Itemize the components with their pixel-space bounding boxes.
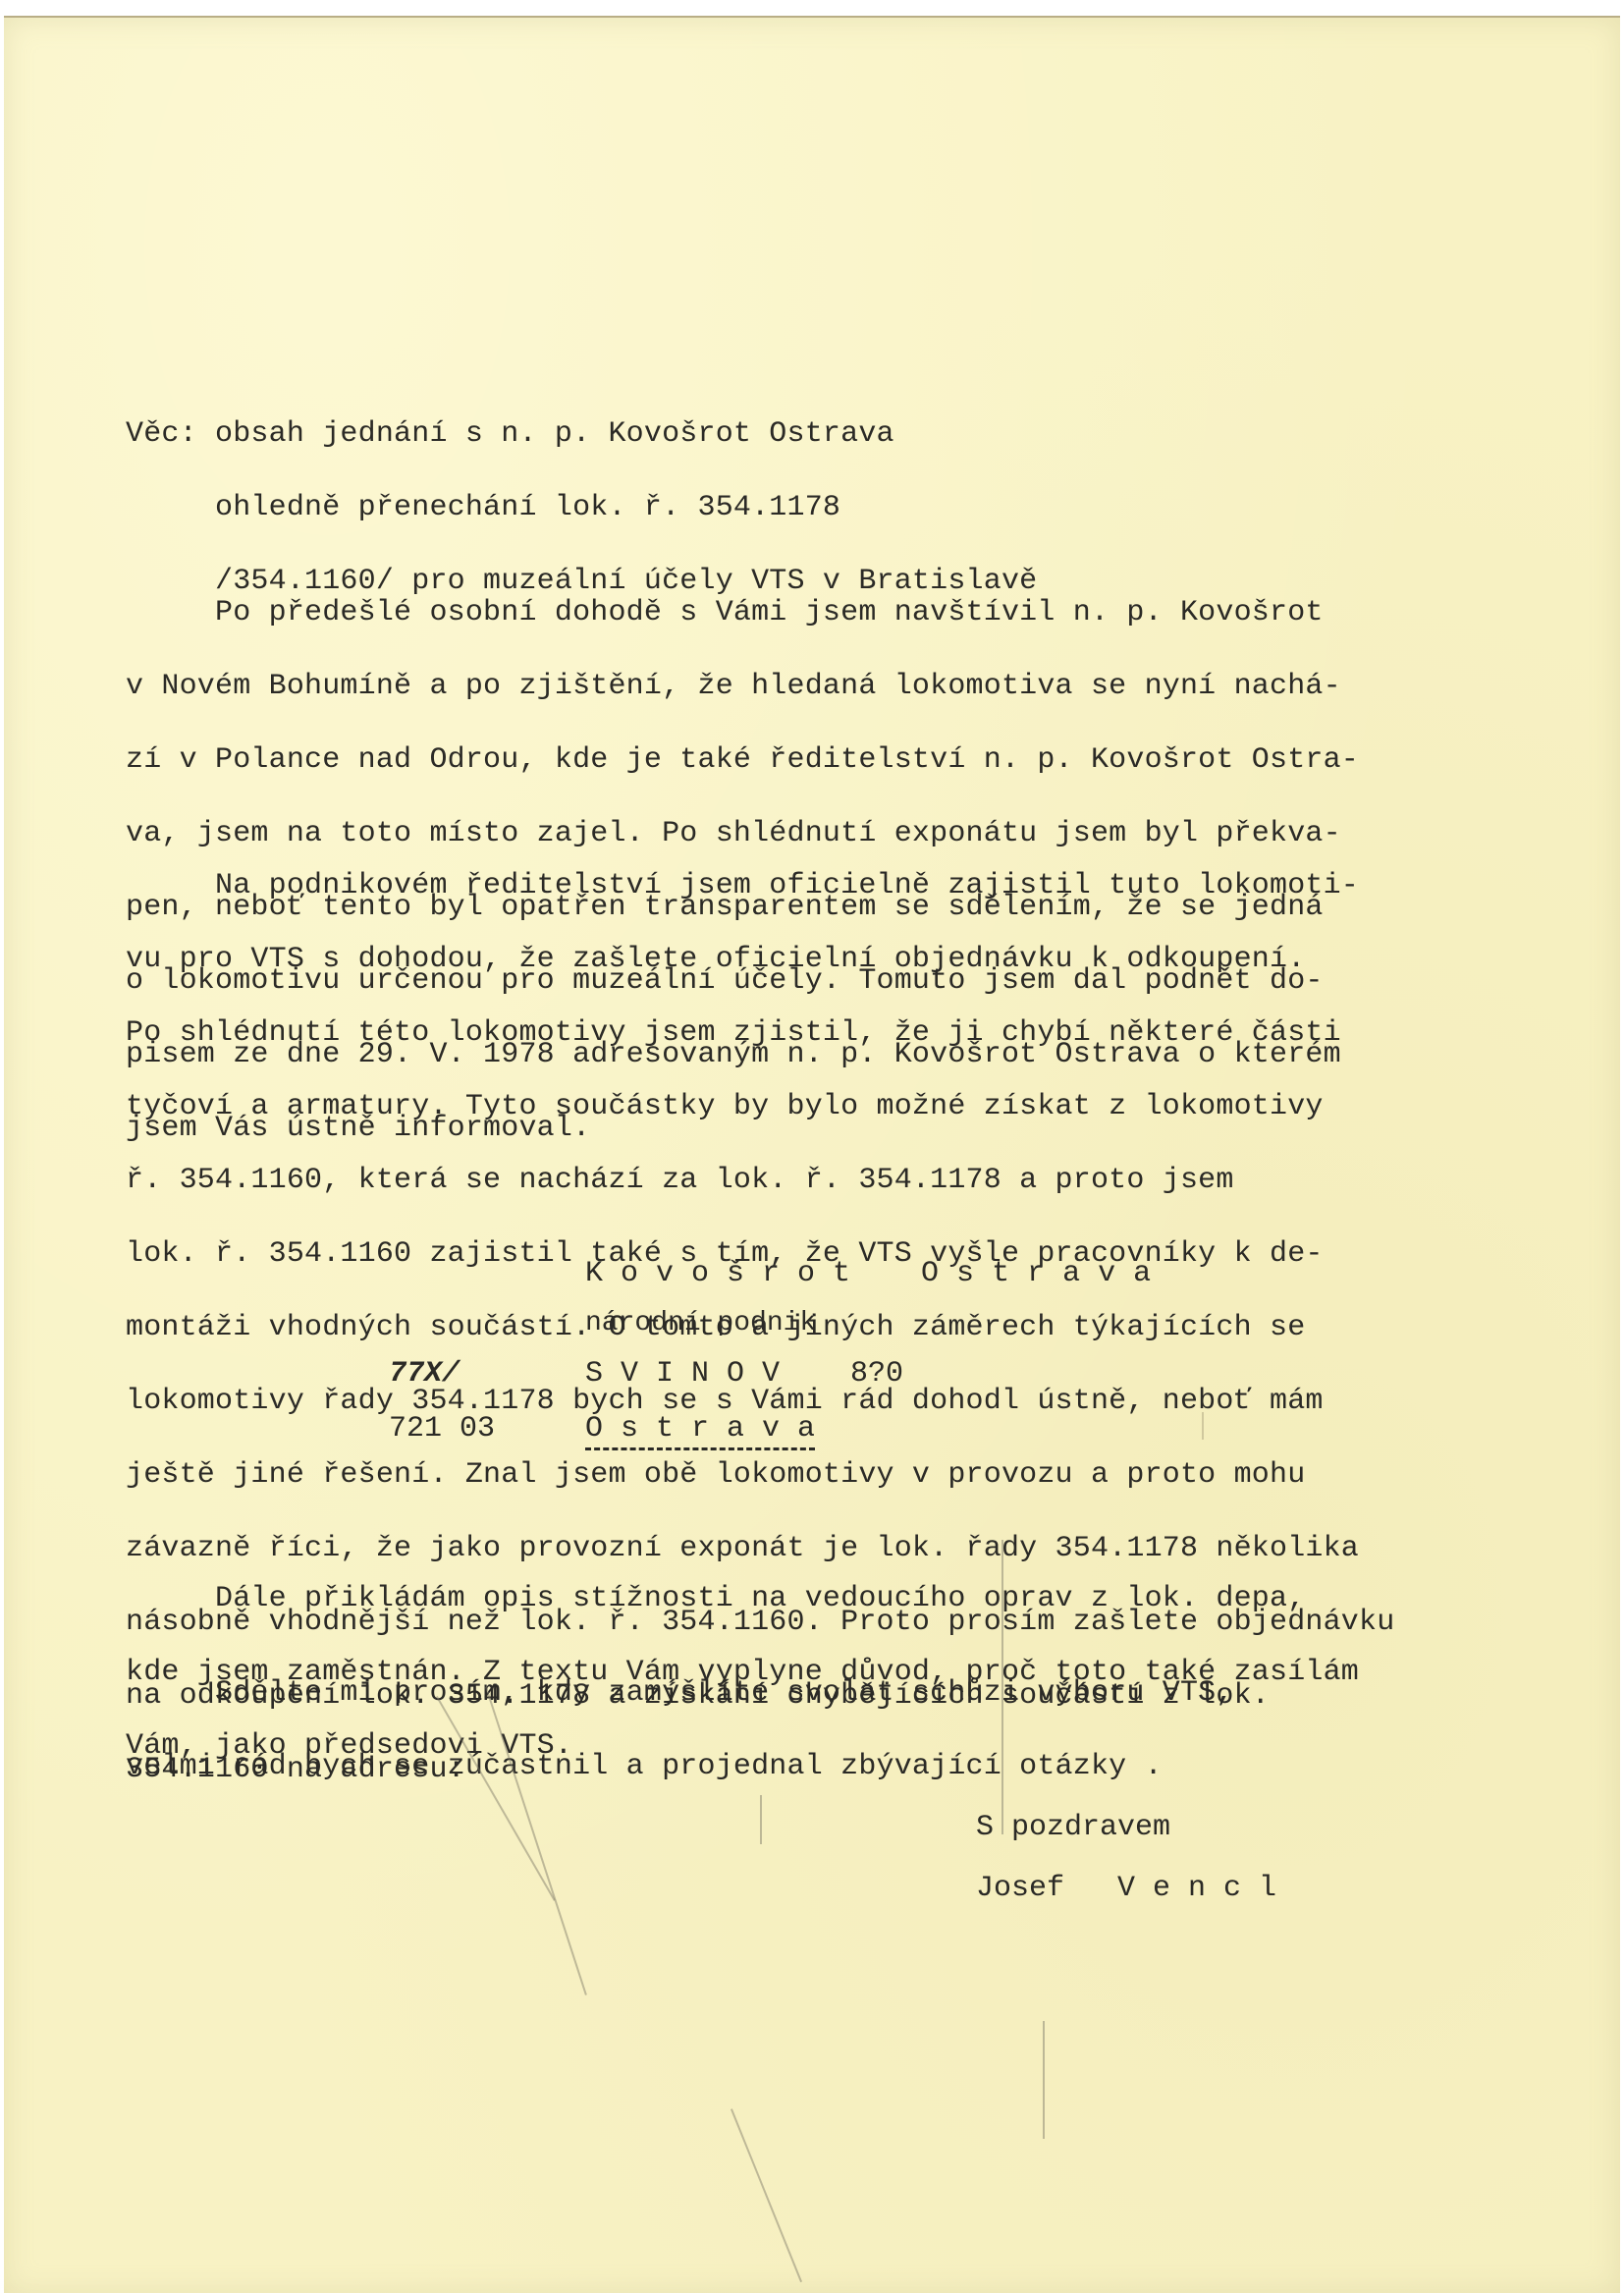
text-line: v Novém Bohumíně a po zjištění, že hleda… (126, 675, 1359, 699)
paragraph-4: Sdělte mi prosím, kdy zamýšlíte svolat s… (126, 1632, 1234, 1829)
signature-name: Josef V e n c l (976, 1872, 1276, 1905)
closing-greeting: S pozdravem (976, 1811, 1170, 1844)
text-line: ř. 354.1160, která se nachází za lok. ř.… (126, 1169, 1394, 1193)
pencil-stroke-mark (1001, 1540, 1003, 1834)
text-line: velmi rád bych se zúčastnil a projednal … (126, 1755, 1234, 1779)
text-line: vu pro VTS s dohodou, že zašlete oficiel… (126, 948, 1394, 972)
letter-paper: Věc: obsah jednání s n. p. Kovošrot Ostr… (4, 16, 1620, 2293)
pencil-stroke-mark (760, 1795, 762, 1844)
address-city: O s t r a v a (585, 1412, 815, 1446)
address-postcode: 721 03 (389, 1412, 495, 1446)
text-line: Dále přikládám opis stížnosti na vedoucí… (126, 1587, 1359, 1611)
text-line: lokomotivy řady 354.1178 bych se s Vámi … (126, 1390, 1394, 1414)
subject-line-1: Věc: obsah jednání s n. p. Kovošrot Ostr… (126, 422, 1037, 447)
text-line: Na podnikovém ředitelství jsem oficielně… (126, 874, 1394, 899)
pencil-stroke-mark (1043, 2021, 1045, 2139)
address-company: K o v o š r o t O s t r a v a (585, 1257, 1151, 1290)
subject-line-2: ohledně přenechání lok. ř. 354.1178 (126, 496, 1037, 520)
text-line: Po shlédnutí této lokomotivy jsem zjisti… (126, 1021, 1394, 1046)
address-street: S V I N O V 8?0 (585, 1357, 903, 1391)
text-line: Po předešlé osobní dohodě s Vámi jsem na… (126, 601, 1359, 626)
text-line: tyčoví a armatury. Tyto součástky by byl… (126, 1095, 1394, 1119)
address-company-type: národní podnik (585, 1308, 816, 1338)
subject-label: Věc: (126, 417, 197, 451)
text-line: ještě jiné řešení. Znal jsem obě lokomot… (126, 1463, 1394, 1488)
paper-mark (1202, 1412, 1204, 1440)
address-struck-prefix: 77X/ (389, 1357, 460, 1391)
text-line: zí v Polance nad Odrou, kde je také ředi… (126, 748, 1359, 773)
pencil-stroke-mark (731, 2108, 802, 2282)
text-line: Sdělte mi prosím, kdy zamýšlíte svolat s… (126, 1681, 1234, 1706)
